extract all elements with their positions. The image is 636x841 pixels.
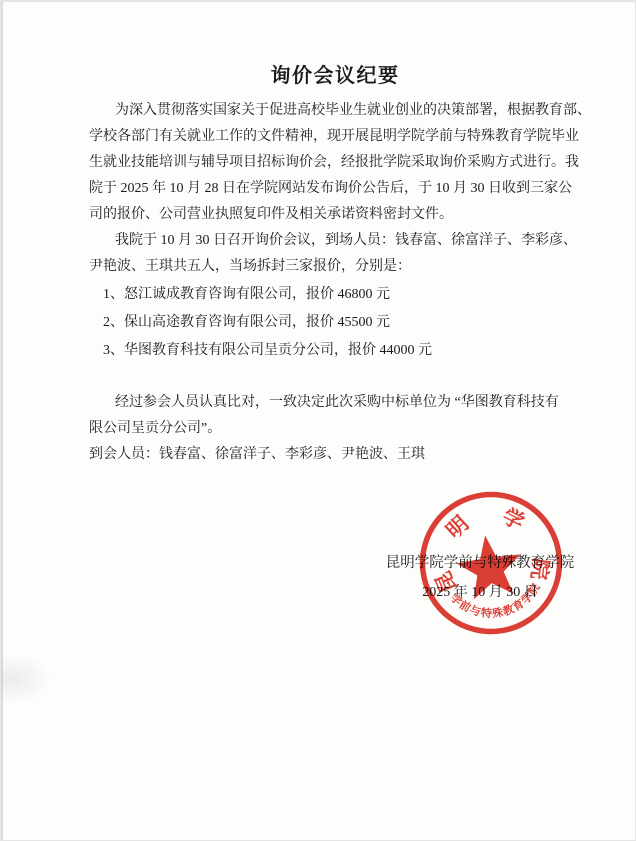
paragraph-decision: 经过参会人员认真比对，一致决定此次采购中标单位为 “华图教育科技有 限公司呈贡分…: [89, 390, 609, 442]
scan-edge-left: [1, 1, 3, 840]
bid-item-1: 1、怒江诚成教育咨询有限公司，报价 46800 元: [103, 281, 609, 309]
attendees-line: 到会人员：钱春富、徐富洋子、李彩彦、尹艳波、王琪: [89, 442, 609, 468]
scanned-document-page: 询价会议纪要 为深入贯彻落实国家关于促进高校毕业生就业创业的决策部署，根据教育部…: [0, 0, 636, 841]
scan-edge-top: [1, 1, 635, 2]
bid-item-3: 3、华图教育科技有限公司呈贡分公司，报价 44000 元: [103, 337, 609, 365]
paragraph-meeting: 我院于 10 月 30 日召开询价会议，到场人员：钱春富、徐富洋子、李彩彦、 尹…: [89, 228, 609, 280]
signature-org: 昆明学院学前与特殊教育学院: [384, 553, 576, 574]
seal-ring-char-2: 明: [442, 511, 474, 543]
doc-title: 询价会议纪要: [89, 59, 581, 88]
signature-date: 2025 年 10 月 30 日: [384, 583, 576, 603]
paragraph-intro: 为深入贯彻落实国家关于促进高校毕业生就业创业的决策部署，根据教育部、 学校各部门…: [89, 98, 609, 228]
scan-smudge: [0, 653, 53, 705]
document-body: 询价会议纪要 为深入贯彻落实国家关于促进高校毕业生就业创业的决策部署，根据教育部…: [89, 59, 609, 468]
signature-block: 昆明学院学前与特殊教育学院 2025 年 10 月 30 日: [384, 553, 576, 603]
seal-ring-char-3: 学: [498, 504, 528, 535]
bid-list: 1、怒江诚成教育咨询有限公司，报价 46800 元 2、保山高途教育咨询有限公司…: [103, 281, 609, 365]
bid-item-2: 2、保山高途教育咨询有限公司，报价 45500 元: [103, 309, 609, 337]
